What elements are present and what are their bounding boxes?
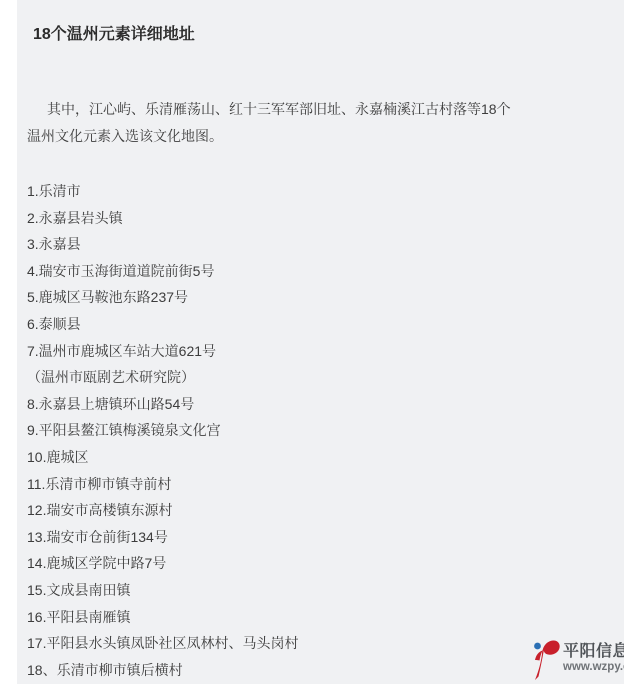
address-line: 9.平阳县鳌江镇梅溪镜泉文化宫 bbox=[27, 417, 614, 444]
address-line: 14.鹿城区学院中路7号 bbox=[27, 550, 614, 577]
address-line: 5.鹿城区马鞍池东路237号 bbox=[27, 284, 614, 311]
article-page: 18个温州元素详细地址 其中，江心屿、乐清雁荡山、红十三军军部旧址、永嘉楠溪江古… bbox=[0, 0, 624, 684]
address-line: 18、乐清市柳市镇后横村 bbox=[27, 657, 614, 684]
intro-line-2: 温州文化元素入选该文化地图。 bbox=[27, 123, 614, 150]
address-line: 4.瑞安市玉海街道道院前街5号 bbox=[27, 258, 614, 285]
address-line: 11.乐清市柳市镇寺前村 bbox=[27, 471, 614, 498]
article-title: 18个温州元素详细地址 bbox=[33, 25, 195, 45]
address-line: 1.乐清市 bbox=[27, 178, 614, 205]
article-content-area: 18个温州元素详细地址 其中，江心屿、乐清雁荡山、红十三军军部旧址、永嘉楠溪江古… bbox=[17, 0, 624, 684]
address-line: 6.泰顺县 bbox=[27, 311, 614, 338]
address-line: 2.永嘉县岩头镇 bbox=[27, 205, 614, 232]
address-line: 8.永嘉县上塘镇环山路54号 bbox=[27, 391, 614, 418]
address-line: 12.瑞安市高楼镇东源村 bbox=[27, 497, 614, 524]
site-logo-icon bbox=[531, 636, 561, 680]
watermark-text-block: 平阳信息网 www.wzpy.com bbox=[563, 643, 624, 673]
address-line: （温州市瓯剧艺术研究院） bbox=[27, 364, 614, 391]
intro-paragraph: 其中，江心屿、乐清雁荡山、红十三军军部旧址、永嘉楠溪江古村落等18个 温州文化元… bbox=[27, 96, 614, 149]
address-line: 16.平阳县南雁镇 bbox=[27, 604, 614, 631]
address-list: 1.乐清市2.永嘉县岩头镇3.永嘉县4.瑞安市玉海街道道院前街5号5.鹿城区马鞍… bbox=[27, 178, 614, 683]
watermark-site-name: 平阳信息网 bbox=[563, 643, 624, 661]
address-line: 10.鹿城区 bbox=[27, 444, 614, 471]
address-line: 17.平阳县水头镇凤卧社区凤林村、马头岗村 bbox=[27, 630, 614, 657]
address-line: 13.瑞安市仓前街134号 bbox=[27, 524, 614, 551]
address-line: 7.温州市鹿城区车站大道621号 bbox=[27, 338, 614, 365]
site-watermark: 平阳信息网 www.wzpy.com bbox=[531, 636, 624, 680]
address-line: 15.文成县南田镇 bbox=[27, 577, 614, 604]
watermark-site-url: www.wzpy.com bbox=[563, 661, 624, 673]
intro-line-1: 其中，江心屿、乐清雁荡山、红十三军军部旧址、永嘉楠溪江古村落等18个 bbox=[27, 96, 614, 123]
address-line: 3.永嘉县 bbox=[27, 231, 614, 258]
